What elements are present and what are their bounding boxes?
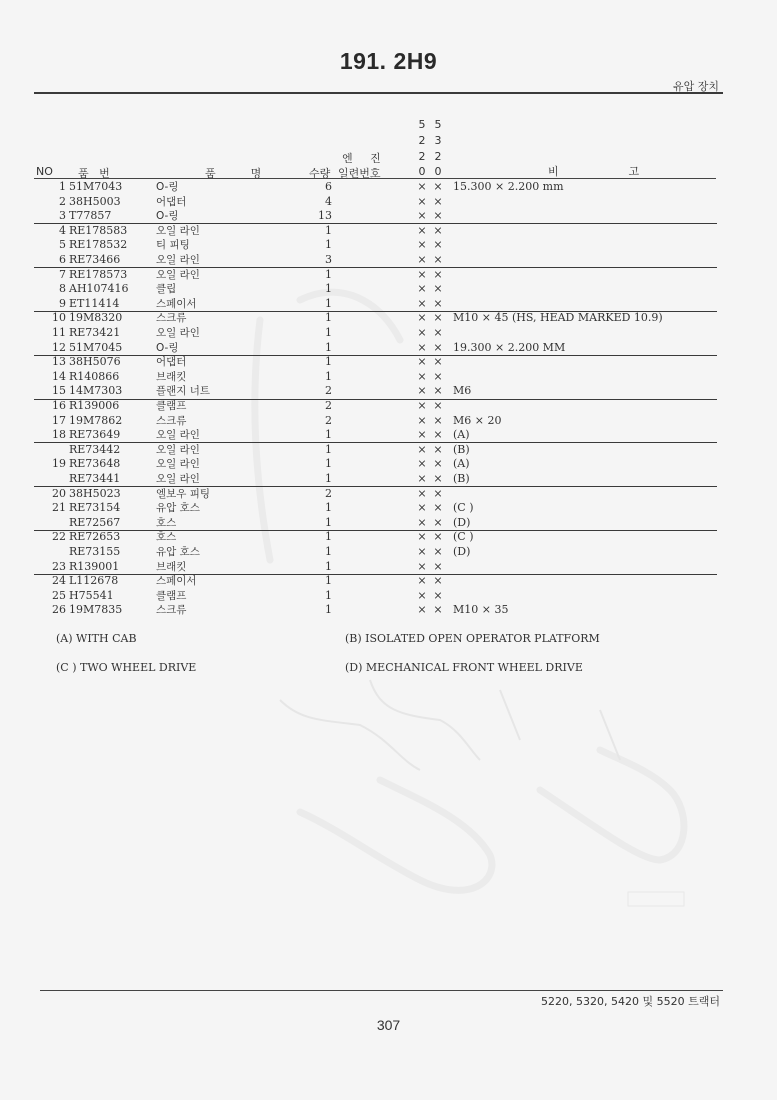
quantity: 1	[300, 530, 332, 544]
quantity: 1	[300, 282, 332, 296]
header-underline	[316, 178, 398, 179]
model-5320-mark: ×	[432, 414, 444, 428]
part-name: 플랜지 너트	[156, 384, 210, 398]
model-5220-mark: ×	[416, 384, 428, 398]
model-5220-mark: ×	[416, 268, 428, 282]
table-row: RE72567호스1××(D)	[0, 516, 777, 531]
table-row: 4RE178583오일 라인1××	[0, 224, 777, 239]
part-name: 오일 라인	[156, 268, 200, 282]
part-name: 티 피팅	[156, 238, 190, 252]
part-name: 오일 라인	[156, 443, 200, 457]
part-number: RE72653	[69, 530, 120, 544]
table-row: 7RE178573오일 라인1××	[0, 268, 777, 283]
part-number: RE178573	[69, 268, 127, 282]
part-name: 유압 호스	[156, 501, 200, 515]
row-number: 22	[34, 530, 66, 544]
remarks: (C )	[453, 530, 474, 544]
header-remarks: 비 고	[548, 163, 639, 179]
model-digit: 2	[416, 150, 428, 163]
remarks: (D)	[453, 516, 470, 530]
quantity: 1	[300, 428, 332, 442]
part-name: 오일 라인	[156, 428, 200, 442]
model-5220-mark: ×	[416, 326, 428, 340]
table-row: 1338H5076어댑터1××	[0, 355, 777, 370]
quantity: 2	[300, 399, 332, 413]
footer-models: 5220, 5320, 5420 및 5520 트랙터	[541, 993, 720, 1009]
row-number: 26	[34, 603, 66, 617]
table-row: 23R139001브래킷1××	[0, 560, 777, 575]
part-number: 38H5076	[69, 355, 121, 369]
part-name: 브래킷	[156, 370, 186, 384]
table-row: 9ET11414스페이서1××	[0, 297, 777, 312]
quantity: 1	[300, 545, 332, 559]
model-5220-mark: ×	[416, 297, 428, 311]
remarks: M10 × 35	[453, 603, 508, 617]
model-5320-mark: ×	[432, 209, 444, 223]
model-5320-mark: ×	[432, 297, 444, 311]
remarks: 15.300 × 2.200 mm	[453, 180, 564, 194]
row-number: 8	[34, 282, 66, 296]
model-5320-mark: ×	[432, 253, 444, 267]
row-number: 17	[34, 414, 66, 428]
part-number: RE73155	[69, 545, 120, 559]
part-name: 브래킷	[156, 560, 186, 574]
model-5320-mark: ×	[432, 530, 444, 544]
model-5320-mark: ×	[432, 501, 444, 515]
part-name: O-링	[156, 209, 179, 223]
remarks: (D)	[453, 545, 470, 559]
part-number: 51M7043	[69, 180, 122, 194]
part-number: H75541	[69, 589, 114, 603]
row-number: 18	[34, 428, 66, 442]
model-5220-mark: ×	[416, 224, 428, 238]
row-number: 1	[34, 180, 66, 194]
remarks: (A)	[453, 457, 470, 471]
quantity: 1	[300, 224, 332, 238]
part-name: 스페이서	[156, 297, 197, 311]
table-row: 22RE72653호스1××(C )	[0, 530, 777, 545]
model-5220-mark: ×	[416, 501, 428, 515]
quantity: 1	[300, 560, 332, 574]
table-row: 18RE73649오일 라인1××(A)	[0, 428, 777, 443]
model-5220-mark: ×	[416, 574, 428, 588]
part-name: 호스	[156, 530, 176, 544]
model-5320-mark: ×	[432, 238, 444, 252]
row-number: 7	[34, 268, 66, 282]
model-5320-mark: ×	[432, 326, 444, 340]
part-number: RE72567	[69, 516, 120, 530]
part-number: 19M7835	[69, 603, 122, 617]
row-number: 6	[34, 253, 66, 267]
part-name: 어댑터	[156, 195, 186, 209]
table-row: RE73441오일 라인1××(B)	[0, 472, 777, 487]
model-5220-mark: ×	[416, 399, 428, 413]
model-5220-mark: ×	[416, 341, 428, 355]
model-5320-mark: ×	[432, 282, 444, 296]
table-row: RE73442오일 라인1××(B)	[0, 443, 777, 458]
model-5220-mark: ×	[416, 457, 428, 471]
model-digit: 0	[416, 165, 428, 178]
row-number: 14	[34, 370, 66, 384]
model-5320-mark: ×	[432, 268, 444, 282]
part-number: ET11414	[69, 297, 119, 311]
quantity: 1	[300, 457, 332, 471]
table-row: 21RE73154유압 호스1××(C )	[0, 501, 777, 516]
table-row: 3T77857O-링13××	[0, 209, 777, 224]
row-number: 21	[34, 501, 66, 515]
row-number: 11	[34, 326, 66, 340]
quantity: 3	[300, 253, 332, 267]
part-number: T77857	[69, 209, 111, 223]
model-5320-mark: ×	[432, 341, 444, 355]
remarks: (A)	[453, 428, 470, 442]
remarks: M10 × 45 (HS, HEAD MARKED 10.9)	[453, 311, 663, 325]
row-number: 20	[34, 487, 66, 501]
part-number: R140866	[69, 370, 119, 384]
model-5320-mark: ×	[432, 516, 444, 530]
note-d: (D) MECHANICAL FRONT WHEEL DRIVE	[345, 661, 583, 674]
model-5220-mark: ×	[416, 472, 428, 486]
model-5320-mark: ×	[432, 457, 444, 471]
model-5220-mark: ×	[416, 603, 428, 617]
row-number: 19	[34, 457, 66, 471]
table-row: 1719M7862스크류2××M6 × 20	[0, 414, 777, 429]
part-name: 유압 호스	[156, 545, 200, 559]
part-name: 클램프	[156, 399, 186, 413]
model-5320-mark: ×	[432, 384, 444, 398]
part-number: RE73154	[69, 501, 120, 515]
note-c: (C ) TWO WHEEL DRIVE	[56, 661, 196, 674]
row-number: 12	[34, 341, 66, 355]
model-5220-mark: ×	[416, 545, 428, 559]
quantity: 1	[300, 589, 332, 603]
model-5320-mark: ×	[432, 589, 444, 603]
model-5220-mark: ×	[416, 428, 428, 442]
table-row: 8AH107416클립1××	[0, 282, 777, 297]
part-name: 어댑터	[156, 355, 186, 369]
quantity: 13	[300, 209, 332, 223]
row-number: 15	[34, 384, 66, 398]
model-5320-mark: ×	[432, 195, 444, 209]
model-5320-mark: ×	[432, 370, 444, 384]
table-row: 5RE178532티 피팅1××	[0, 238, 777, 253]
part-name: 호스	[156, 516, 176, 530]
header-no: NO	[36, 165, 53, 178]
part-number: RE178583	[69, 224, 127, 238]
model-5220-mark: ×	[416, 355, 428, 369]
row-number: 16	[34, 399, 66, 413]
footer-divider	[40, 990, 723, 991]
part-number: 19M8320	[69, 311, 122, 325]
part-name: 클램프	[156, 589, 186, 603]
remarks: (C )	[453, 501, 474, 515]
row-number: 3	[34, 209, 66, 223]
part-name: O-링	[156, 341, 179, 355]
table-row: 6RE73466오일 라인3××	[0, 253, 777, 268]
table-row: 24L112678스페이서1××	[0, 574, 777, 589]
model-5320-mark: ×	[432, 224, 444, 238]
quantity: 1	[300, 311, 332, 325]
model-digit: 2	[416, 134, 428, 147]
table-row: 2038H5023엘보우 피팅2××	[0, 487, 777, 502]
model-5320-mark: ×	[432, 560, 444, 574]
model-5320-mark: ×	[432, 311, 444, 325]
table-row: 1251M7045O-링1××19.300 × 2.200 MM	[0, 341, 777, 356]
part-number: 38H5003	[69, 195, 121, 209]
quantity: 2	[300, 414, 332, 428]
row-number: 5	[34, 238, 66, 252]
row-number: 25	[34, 589, 66, 603]
remarks: M6	[453, 384, 471, 398]
model-5220-mark: ×	[416, 443, 428, 457]
table-row: 19RE73648오일 라인1××(A)	[0, 457, 777, 472]
table-row: RE73155유압 호스1××(D)	[0, 545, 777, 560]
remarks: (B)	[453, 472, 470, 486]
part-number: 38H5023	[69, 487, 121, 501]
quantity: 1	[300, 268, 332, 282]
quantity: 2	[300, 487, 332, 501]
part-name: 클립	[156, 282, 176, 296]
table-row: 11RE73421오일 라인1××	[0, 326, 777, 341]
model-5320-mark: ×	[432, 443, 444, 457]
page-title: 191. 2H9	[0, 48, 777, 75]
row-number: 10	[34, 311, 66, 325]
quantity: 1	[300, 297, 332, 311]
model-5220-mark: ×	[416, 487, 428, 501]
quantity: 1	[300, 472, 332, 486]
row-number: 4	[34, 224, 66, 238]
model-5220-mark: ×	[416, 311, 428, 325]
model-5220-mark: ×	[416, 282, 428, 296]
quantity: 1	[300, 355, 332, 369]
quantity: 1	[300, 516, 332, 530]
row-number: 9	[34, 297, 66, 311]
row-number: 2	[34, 195, 66, 209]
part-number: RE73649	[69, 428, 120, 442]
part-name: 오일 라인	[156, 457, 200, 471]
model-5320-mark: ×	[432, 472, 444, 486]
model-5220-mark: ×	[416, 209, 428, 223]
note-b: (B) ISOLATED OPEN OPERATOR PLATFORM	[345, 632, 600, 645]
part-name: 스크류	[156, 414, 186, 428]
model-5220-mark: ×	[416, 414, 428, 428]
table-row: 238H5003어댑터4××	[0, 195, 777, 210]
part-number: R139006	[69, 399, 119, 413]
model-5220-mark: ×	[416, 516, 428, 530]
part-number: 51M7045	[69, 341, 122, 355]
model-5220-mark: ×	[416, 238, 428, 252]
remarks: M6 × 20	[453, 414, 501, 428]
header-engine: 엔 진	[342, 150, 381, 166]
remarks: (B)	[453, 443, 470, 457]
model-digit: 0	[432, 165, 444, 178]
part-number: 19M7862	[69, 414, 122, 428]
part-name: 스크류	[156, 311, 186, 325]
note-a: (A) WITH CAB	[56, 632, 137, 645]
quantity: 1	[300, 370, 332, 384]
model-5320-mark: ×	[432, 545, 444, 559]
part-name: O-링	[156, 180, 179, 194]
part-name: 엘보우 피팅	[156, 487, 210, 501]
part-name: 오일 라인	[156, 472, 200, 486]
part-number: RE73421	[69, 326, 120, 340]
model-5320-mark: ×	[432, 180, 444, 194]
header-underline	[34, 178, 316, 179]
model-digit: 3	[432, 134, 444, 147]
model-5220-mark: ×	[416, 370, 428, 384]
part-name: 오일 라인	[156, 253, 200, 267]
part-name: 오일 라인	[156, 224, 200, 238]
part-name: 오일 라인	[156, 326, 200, 340]
quantity: 6	[300, 180, 332, 194]
quantity: 1	[300, 238, 332, 252]
model-5320-mark: ×	[432, 603, 444, 617]
model-digit: 2	[432, 150, 444, 163]
header-divider	[34, 92, 723, 94]
quantity: 1	[300, 501, 332, 515]
quantity: 4	[300, 195, 332, 209]
quantity: 1	[300, 326, 332, 340]
model-5320-mark: ×	[432, 355, 444, 369]
model-5220-mark: ×	[416, 530, 428, 544]
part-number: RE73442	[69, 443, 120, 457]
quantity: 1	[300, 341, 332, 355]
model-5220-mark: ×	[416, 195, 428, 209]
quantity: 1	[300, 603, 332, 617]
row-number: 23	[34, 560, 66, 574]
table-row: 1019M8320스크류1××M10 × 45 (HS, HEAD MARKED…	[0, 311, 777, 326]
model-5220-mark: ×	[416, 589, 428, 603]
quantity: 1	[300, 574, 332, 588]
table-row: 1514M7303플랜지 너트2××M6	[0, 384, 777, 399]
table-row: 14R140866브래킷1××	[0, 370, 777, 385]
model-5320-mark: ×	[432, 428, 444, 442]
part-number: RE73648	[69, 457, 120, 471]
part-number: 14M7303	[69, 384, 122, 398]
table-row: 16R139006클램프2××	[0, 399, 777, 414]
part-number: RE73466	[69, 253, 120, 267]
part-number: L112678	[69, 574, 118, 588]
part-number: RE178532	[69, 238, 127, 252]
table-row: 151M7043O-링6××15.300 × 2.200 mm	[0, 180, 777, 195]
page-number: 307	[0, 1017, 777, 1033]
remarks: 19.300 × 2.200 MM	[453, 341, 565, 355]
part-name: 스페이서	[156, 574, 197, 588]
model-5220-mark: ×	[416, 560, 428, 574]
model-5320-mark: ×	[432, 487, 444, 501]
model-5220-mark: ×	[416, 180, 428, 194]
part-number: AH107416	[69, 282, 129, 296]
table-row: 2619M7835스크류1××M10 × 35	[0, 603, 777, 618]
part-number: RE73441	[69, 472, 120, 486]
model-digit: 5	[432, 118, 444, 131]
row-number: 13	[34, 355, 66, 369]
table-row: 25H75541클램프1××	[0, 589, 777, 604]
model-5220-mark: ×	[416, 253, 428, 267]
model-digit: 5	[416, 118, 428, 131]
row-number: 24	[34, 574, 66, 588]
quantity: 2	[300, 384, 332, 398]
model-5320-mark: ×	[432, 574, 444, 588]
model-5320-mark: ×	[432, 399, 444, 413]
part-number: R139001	[69, 560, 119, 574]
header-underline	[398, 178, 716, 179]
quantity: 1	[300, 443, 332, 457]
part-name: 스크류	[156, 603, 186, 617]
